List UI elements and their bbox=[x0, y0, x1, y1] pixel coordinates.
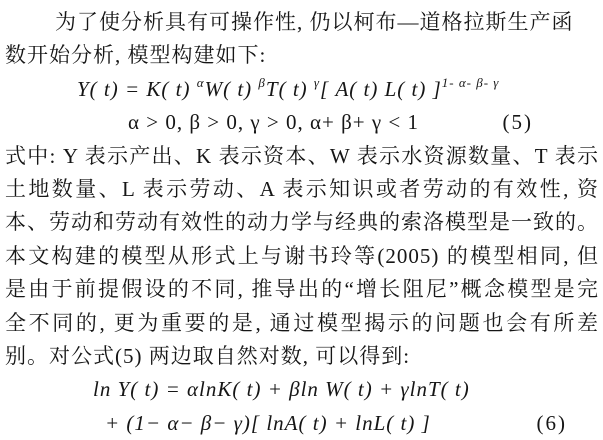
paragraph2-line2: 土地数量、L 表示劳动、A 表示知识或者劳动的有效性, 资 bbox=[0, 173, 603, 206]
equation-6-expression-line1: ln Y( t) = αlnK( t) + βln W( t) + γlnT( … bbox=[93, 377, 470, 401]
paragraph2-line4: 本文构建的模型从形式上与谢书玲等(2005) 的模型相同, 但 bbox=[0, 240, 603, 273]
equation-number-6: (6) bbox=[537, 407, 568, 440]
eq5-term-AL: [ A( t) L( t) ] bbox=[320, 77, 442, 101]
equation-number-5: (5) bbox=[503, 106, 534, 139]
paragraph2-line6: 全不同的, 更为重要的是, 通过模型揭示的问题也会有所差 bbox=[0, 307, 603, 340]
eq5-term-T: T( t) bbox=[266, 77, 314, 101]
paragraph1-line2: 数开始分析, 模型构建如下: bbox=[0, 39, 603, 72]
equation-5-constraint-line: α > 0, β > 0, γ > 0, α+ β+ γ < 1 (5) bbox=[0, 106, 603, 139]
paragraph2-line7: 别。对公式(5) 两边取自然对数, 可以得到: bbox=[0, 340, 603, 373]
eq5-exponent-one-minus: 1- α- β- γ bbox=[442, 75, 500, 90]
equation-5-constraint: α > 0, β > 0, γ > 0, α+ β+ γ < 1 bbox=[128, 110, 419, 134]
equation-5-expression: Y( t) = K( t) αW( t) βT( t) γ[ A( t) L( … bbox=[77, 77, 499, 101]
paragraph2-line5: 是由于前提假设的不同, 推导出的“增长阻尼”概念模型是完 bbox=[0, 273, 603, 306]
eq5-exponent-alpha: α bbox=[197, 75, 205, 90]
equation-5-main: Y( t) = K( t) αW( t) βT( t) γ[ A( t) L( … bbox=[0, 73, 603, 106]
equation-6-expression-line2: + (1− α− β− γ)[ lnA( t) + lnL( t) ] bbox=[105, 411, 431, 435]
equation-6-line2: + (1− α− β− γ)[ lnA( t) + lnL( t) ] (6) bbox=[0, 407, 603, 440]
eq5-term-Y-K: Y( t) = K( t) bbox=[77, 77, 197, 101]
paragraph2-line3: 本、劳动和劳动有效性的动力学与经典的索洛模型是一致的。 bbox=[0, 206, 603, 239]
eq5-term-W: W( t) bbox=[205, 77, 259, 101]
article-page: 为了使分析具有可操作性, 仍以柯布—道格拉斯生产函 数开始分析, 模型构建如下:… bbox=[0, 0, 603, 440]
paragraph2-line1: 式中: Y 表示产出、K 表示资本、W 表示水资源数量、T 表示 bbox=[0, 140, 603, 173]
paragraph1-line1: 为了使分析具有可操作性, 仍以柯布—道格拉斯生产函 bbox=[0, 6, 603, 39]
eq5-exponent-beta: β bbox=[258, 75, 265, 90]
equation-6-line1: ln Y( t) = αlnK( t) + βln W( t) + γlnT( … bbox=[0, 373, 603, 406]
